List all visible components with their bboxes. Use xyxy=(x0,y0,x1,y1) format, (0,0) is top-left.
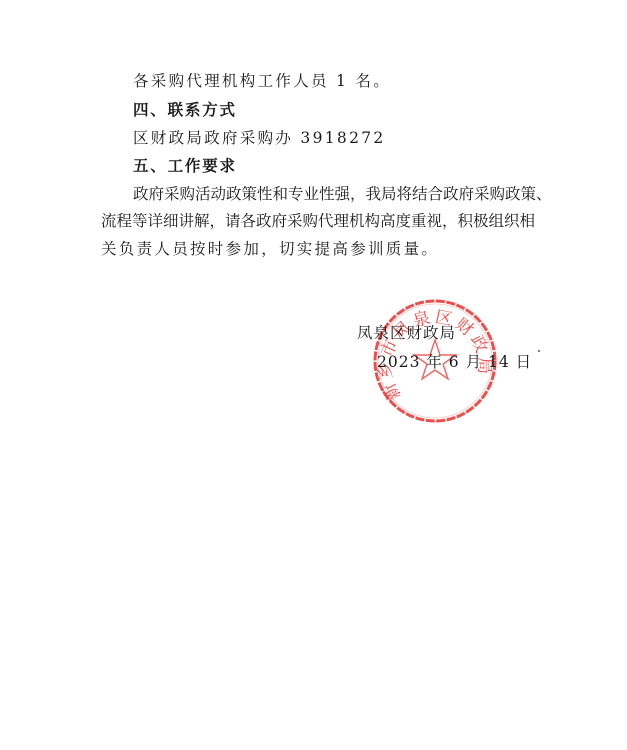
section-heading-contact: 四、联系方式 xyxy=(133,100,237,120)
document-page: 各采购代理机构工作人员 1 名。 四、联系方式 区财政局政府采购办 391827… xyxy=(0,0,627,750)
issuer-name: 凤泉区财政局 xyxy=(357,323,456,343)
contact-info: 区财政局政府采购办 3918272 xyxy=(133,128,386,148)
paragraph-line: 关负责人员按时参加，切实提高参训质量。 xyxy=(101,239,439,259)
paragraph-line: 政府采购活动政策性和专业性强，我局将结合政府采购政策、 xyxy=(133,184,530,204)
scan-speck xyxy=(538,350,540,352)
paragraph-line: 流程等详细讲解，请各政府采购代理机构高度重视，积极组织相 xyxy=(101,211,530,231)
section-heading-requirements: 五、工作要求 xyxy=(133,156,237,176)
issue-date: 2023 年 6 月 14 日 xyxy=(377,352,532,372)
paragraph-line: 各采购代理机构工作人员 1 名。 xyxy=(133,71,391,91)
